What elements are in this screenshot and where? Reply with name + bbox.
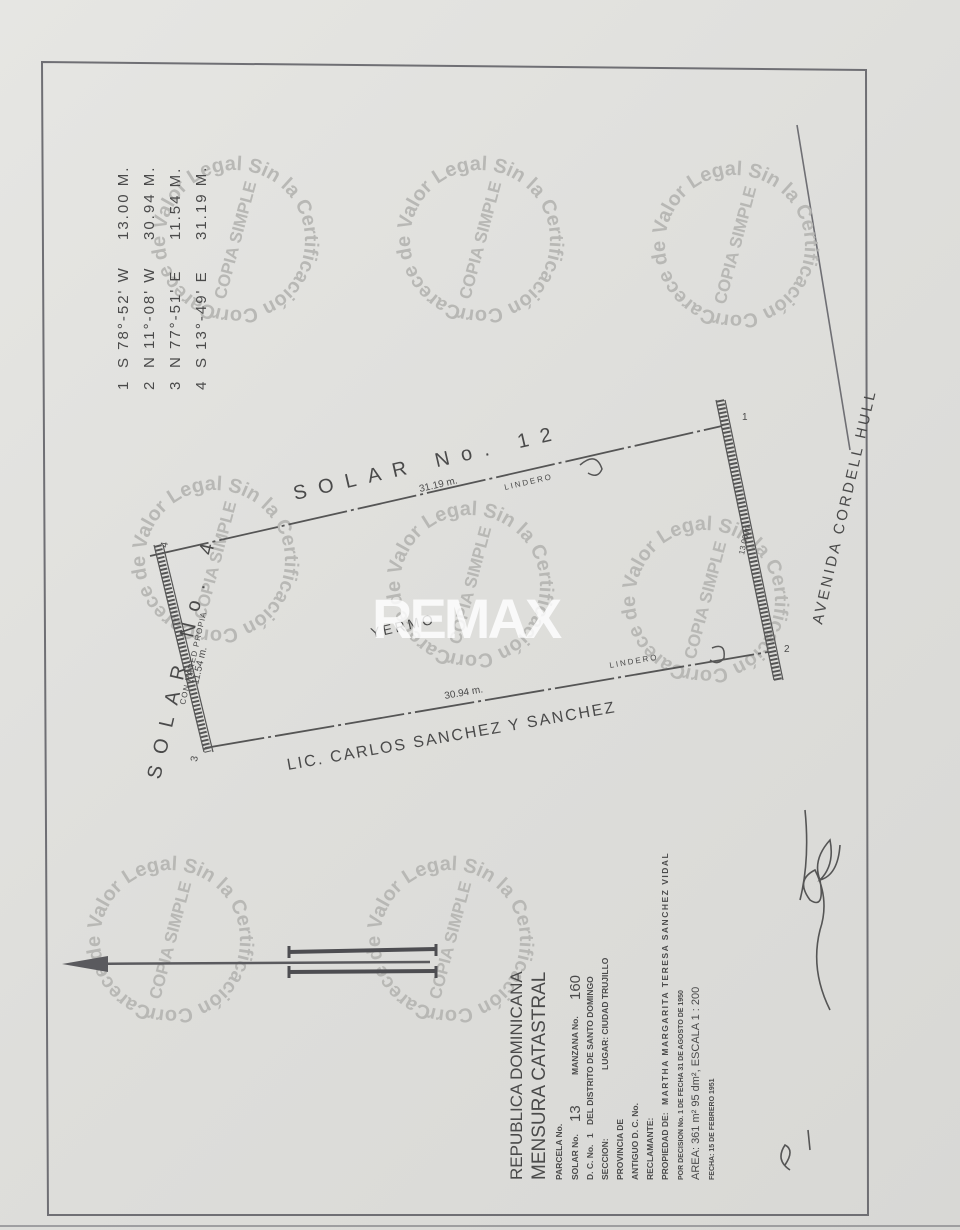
svg-text:COPIA SIMPLE: COPIA SIMPLE [426,879,476,1001]
svg-text:13.00 M.: 13.00 M. [115,166,132,240]
street-label: AVENIDA CORDELL HULL [809,387,880,626]
svg-text:MANZANA No.: MANZANA No. [570,1016,580,1075]
title-block: REPUBLICA DOMINICANA MENSURA CATASTRAL P… [507,852,716,1180]
area-value: AREA: 361 m² 95 dm², ESCALA 1 : 200 [690,987,702,1180]
svg-text:SOLAR No.: SOLAR No. [570,1134,580,1180]
document-title: MENSURA CATASTRAL [529,972,550,1180]
neighbor-south-label: LIC. CARLOS SANCHEZ Y SANCHEZ [286,699,618,774]
svg-text:SECCION:: SECCION: [600,1138,610,1180]
svg-text:S 13°-49' E: S 13°-49' E [193,270,210,368]
side-top-length: 31.19 m. [418,475,458,494]
svg-text:LUGAR: CIUDAD TRUJILLO: LUGAR: CIUDAD TRUJILLO [600,957,610,1070]
svg-text:1: 1 [585,1133,595,1138]
svg-text:11.54 M.: 11.54 M. [167,167,184,240]
svg-text:4: 4 [193,380,210,390]
country-title: REPUBLICA DOMINICANA [507,971,526,1180]
svg-text:PROVINCIA DE: PROVINCIA DE [615,1119,625,1180]
svg-text:S 78°-52' W: S 78°-52' W [115,266,132,368]
svg-text:PROPIEDAD DE:: PROPIEDAD DE: [660,1112,670,1180]
remax-watermark: REMAX [372,586,559,651]
svg-text:3: 3 [167,380,184,390]
svg-text:POR DECISION No. 1 DE FECHA: POR DECISION No. 1 DE FECHA 31 DE AGOSTO… [678,990,685,1180]
svg-text:13: 13 [567,1105,584,1122]
svg-text:ANTIGUO D. C. No.: ANTIGUO D. C. No. [630,1103,640,1180]
svg-text:COPIA SIMPLE: COPIA SIMPLE [681,539,731,661]
svg-text:D. C. No.: D. C. No. [585,1145,595,1180]
svg-text:30.94 M.: 30.94 M. [141,166,158,240]
svg-text:COPIA SIMPLE: COPIA SIMPLE [146,879,196,1001]
svg-text:N 77°-51' E: N 77°-51' E [167,270,184,368]
svg-text:1: 1 [115,380,132,390]
signature [781,810,840,1170]
svg-text:COPIA SIMPLE: COPIA SIMPLE [456,179,506,301]
svg-text:160: 160 [567,975,584,1000]
svg-text:2: 2 [141,380,158,390]
svg-text:PARCELA No.: PARCELA No. [554,1124,564,1180]
owner-name: MARTHA MARGARITA TERESA SANCHEZ VIDAL [660,852,670,1105]
svg-text:DEL DISTRITO DE SANTO DOMINGO: DEL DISTRITO DE SANTO DOMINGO [585,976,595,1125]
neighbor-west-label: SOLAR No. 4 [143,529,221,781]
lindero-top-label: LINDERO [503,472,553,492]
svg-text:N 11°-08' W: N 11°-08' W [141,267,158,368]
svg-text:1: 1 [742,412,748,423]
svg-text:RECLAMANTE:: RECLAMANTE: [645,1118,655,1180]
svg-text:FECHA: 15 DE FEBRERO 1951: FECHA: 15 DE FEBRERO 1951 [709,1078,716,1180]
svg-text:3: 3 [189,755,201,763]
svg-text:2: 2 [784,644,790,655]
svg-text:COPIA SIMPLE: COPIA SIMPLE [211,179,261,301]
svg-text:COPIA SIMPLE: COPIA SIMPLE [711,184,761,306]
side-bottom-length: 30.94 m. [444,684,484,702]
svg-text:4: 4 [159,541,171,549]
svg-text:31.19 M.: 31.19 M. [193,166,210,240]
